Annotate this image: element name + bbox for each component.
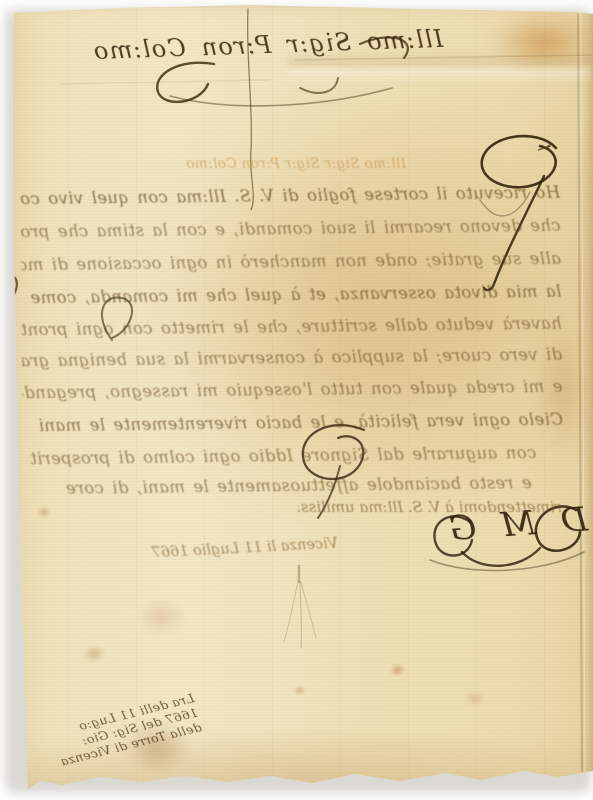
stain-blot-left (84, 646, 104, 661)
corner-note-line: della Torre di Vicenza (34, 719, 203, 775)
horizontal-creases (60, 55, 593, 84)
stain-ghost-smudge (136, 598, 186, 636)
fly-speck (538, 145, 551, 151)
manuscript-line: e resto baciandole affettuosamente le ma… (62, 473, 532, 499)
manuscript-line: la mia divota osservanza, et à quel che … (21, 282, 561, 309)
hair-fiber (248, 9, 254, 210)
scan-background: Ill:mo Sig:r P:ron Col:mo Ill:mo Sig:r S… (0, 0, 593, 800)
manuscript-line: e mi creda quale con tutto l'ossequio mi… (22, 377, 562, 404)
corner-note-line: 1667 del Sig: Gio: (31, 705, 200, 761)
stain-rust-spot-1 (390, 664, 405, 676)
corner-archivist-note: Lra delli 11 Lug:o 1667 del Sig: Gio: de… (27, 690, 203, 775)
manuscript-page: Ill:mo Sig:r P:ron Col:mo Ill:mo Sig:r S… (0, 0, 593, 800)
pinch-crease (284, 566, 316, 648)
manuscript-line: Cielo ogni vera felicità, e le bacio riv… (23, 410, 563, 437)
salutation-line: Ill:mo Sig:r Sig:r P:ron Col:mo (160, 156, 432, 172)
docket-flourish (157, 37, 408, 105)
stain-rust-spot-3 (466, 692, 484, 705)
manuscript-line: Hò ricevuto il cortese foglio di V. S. I… (20, 183, 560, 210)
stain-top-right (500, 20, 586, 68)
manuscript-line: con augurarle dal Signore Iddio ogni col… (31, 443, 536, 469)
manuscript-line: di vero cuore; la supplico à conservarmi… (22, 345, 562, 372)
signature-flourish (430, 506, 584, 570)
corner-note-line: Lra delli 11 Lug:o (27, 690, 196, 746)
manuscript-line: che devono recarmi li suoi comandi, e co… (20, 216, 560, 243)
manuscript-line: haverà veduto dalle scritture, che le ri… (22, 314, 562, 341)
address-docket-text: Ill:mo Sig:r P:ron Col:mo (147, 25, 445, 107)
manuscript-line: alle sue gratie; onde non mancherò in og… (21, 249, 561, 276)
fold-crease-band (288, 50, 593, 84)
stain-blot-corner (124, 722, 190, 774)
letter-body: Hò ricevuto il cortese foglio di V. S. I… (0, 180, 593, 517)
date-line: Vicenza li 11 Luglio 1667 (133, 536, 339, 563)
stain-rust-spot-2 (294, 686, 305, 695)
